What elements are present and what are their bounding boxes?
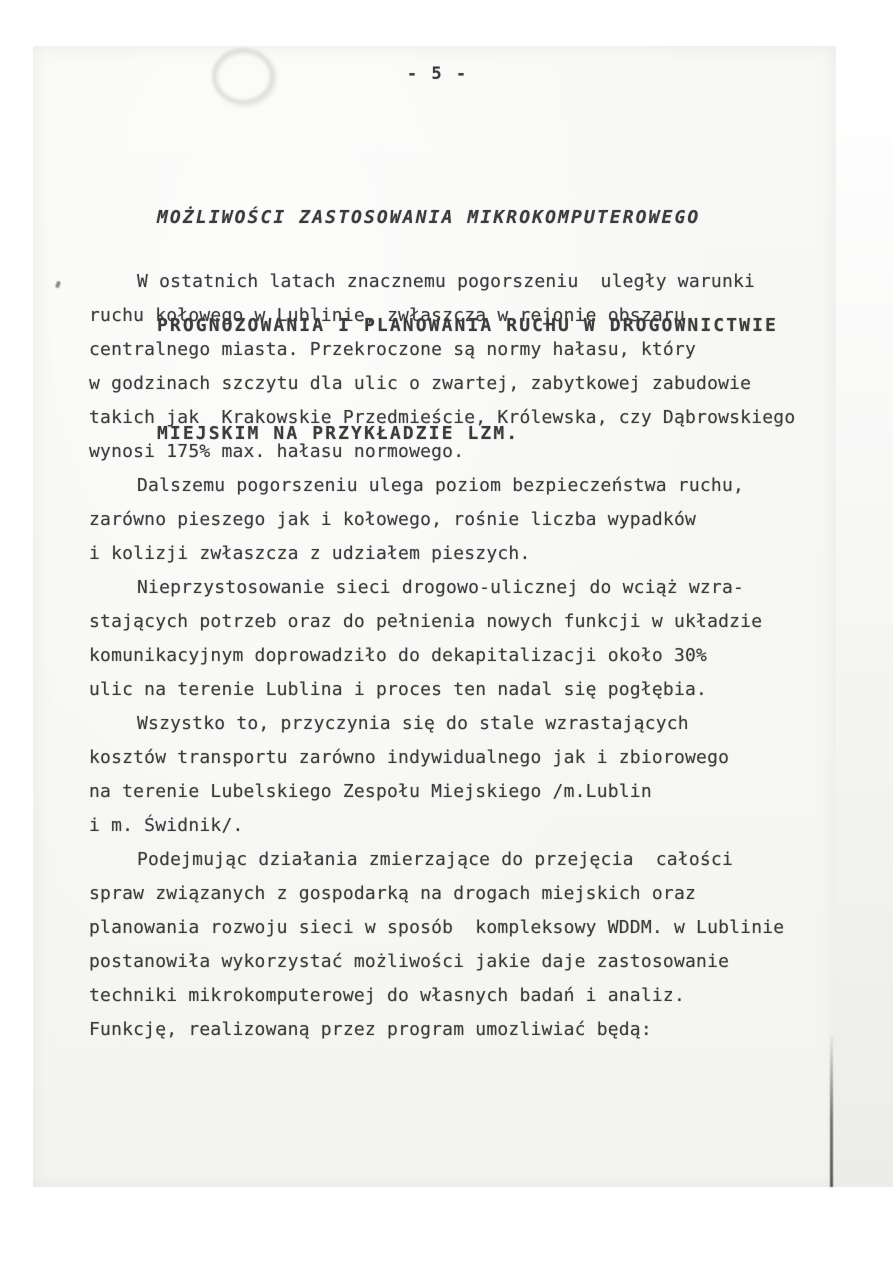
text-line: na terenie Lubelskiego Zespołu Miejskieg… xyxy=(89,775,849,809)
text-line: Podejmując działania zmierzające do prze… xyxy=(89,843,849,877)
text-line: Nieprzystosowanie sieci drogowo-ulicznej… xyxy=(89,571,849,605)
text-line: zarówno pieszego jak i kołowego, rośnie … xyxy=(89,503,849,537)
text-line: i kolizji zwłaszcza z udziałem pieszych. xyxy=(89,537,849,571)
title-line: MOŻLIWOŚCI ZASTOSOWANIA MIKROKOMPUTEROWE… xyxy=(157,200,778,236)
body-text: W ostatnich latach znacznemu pogorszeniu… xyxy=(89,265,849,1047)
text-line: kosztów transportu zarówno indywidualneg… xyxy=(89,741,849,775)
binding-edge-mark xyxy=(830,1036,833,1187)
text-line: takich jak Krakowskie Przedmieście, Król… xyxy=(89,401,849,435)
text-line: komunikacyjnym doprowadziło do dekapital… xyxy=(89,639,849,673)
page-number: - 5 - xyxy=(0,64,875,84)
text-line: i m. Świdnik/. xyxy=(89,809,849,843)
text-line: postanowiła wykorzystać możliwości jakie… xyxy=(89,945,849,979)
text-line: ulic na terenie Lublina i proces ten nad… xyxy=(89,673,849,707)
text-line: planowania rozwoju sieci w sposób komple… xyxy=(89,911,849,945)
text-line: w godzinach szczytu dla ulic o zwartej, … xyxy=(89,367,849,401)
text-line: techniki mikrokomputerowej do własnych b… xyxy=(89,979,849,1013)
text-line: wynosi 175% max. hałasu normowego. xyxy=(89,435,849,469)
text-line: ruchu kołowego w Lublinie, zwłaszcza w r… xyxy=(89,299,849,333)
text-line: stających potrzeb oraz do pełnienia nowy… xyxy=(89,605,849,639)
text-line: centralnego miasta. Przekroczone są norm… xyxy=(89,333,849,367)
scanned-document-page: - 5 - MOŻLIWOŚCI ZASTOSOWANIA MIKROKOMPU… xyxy=(0,0,893,1263)
text-line: W ostatnich latach znacznemu pogorszeniu… xyxy=(89,265,849,299)
text-line: Funkcję, realizowaną przez program umozl… xyxy=(89,1013,849,1047)
text-line: Dalszemu pogorszeniu ulega poziom bezpie… xyxy=(89,469,849,503)
text-line: Wszystko to, przyczynia się do stale wzr… xyxy=(89,707,849,741)
text-line: spraw związanych z gospodarką na drogach… xyxy=(89,877,849,911)
